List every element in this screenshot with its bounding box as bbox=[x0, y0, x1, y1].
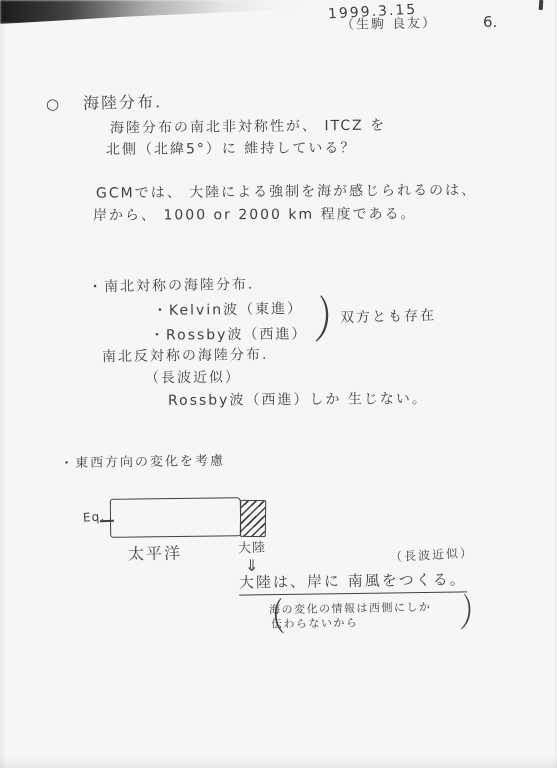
antisymmetric-distribution-title: 南北反対称の海陸分布. bbox=[102, 347, 269, 366]
ocean-label: 太平洋 bbox=[128, 544, 182, 564]
both-exist-note: 双方とも存在 bbox=[340, 308, 436, 327]
page-edge-shadow-left bbox=[0, 0, 7, 768]
page-edge-shadow-right bbox=[552, 0, 557, 768]
page-number: 6. bbox=[483, 13, 497, 31]
note-line-itcz-2: 北側（北緯5°）に 維持している？ bbox=[106, 140, 356, 159]
continent-label: 大陸 bbox=[238, 541, 267, 558]
double-down-arrow-icon: ⇓ bbox=[245, 556, 258, 575]
rossby-wave-item: ・Rossby波（西進） bbox=[150, 326, 308, 344]
east-west-variation-line: ・東西方向の変化を考慮 bbox=[60, 454, 225, 472]
longwave-approx-note-2: （長波近似） bbox=[390, 546, 475, 565]
reason-close-paren: ） bbox=[459, 591, 489, 639]
page-edge-shadow-bottom bbox=[0, 757, 557, 768]
reason-note-line-1: 海の変化の情報は西側にしか bbox=[269, 601, 432, 617]
section-title-land-sea: 海陸分布. bbox=[83, 92, 162, 113]
rossby-only-line: Rossby波（西進）しか 生じない。 bbox=[168, 391, 428, 410]
longwave-approx-note-1: （長波近似） bbox=[145, 370, 241, 388]
scanned-note-page: 1999.3.15 （生駒 良友） 6. ○ 海陸分布. 海陸分布の南北非対称性… bbox=[0, 0, 557, 768]
equator-label: Eq. bbox=[83, 509, 106, 525]
scan-artifact-band bbox=[0, 0, 310, 24]
heading-bullet-circle: ○ bbox=[46, 95, 59, 113]
author-name: （生駒 良友） bbox=[341, 16, 437, 33]
reason-note-line-2: 伝わらないから bbox=[271, 616, 359, 631]
note-line-gcm-1: GCMでは、 大陸による強制を海が感じられるのは、 bbox=[96, 182, 477, 202]
kelvin-wave-item: ・Kelvin波（東進） bbox=[153, 301, 303, 320]
ocean-box bbox=[110, 497, 241, 538]
conclusion-line: 大陸は、岸に 南風をつくる。 bbox=[239, 570, 467, 595]
corner-mark bbox=[539, 0, 544, 10]
note-line-gcm-2: 岸から、 1000 or 2000 km 程度である。 bbox=[93, 206, 417, 224]
symmetric-distribution-title: ・南北対称の海陸分布. bbox=[88, 277, 255, 297]
continent-hatched-box bbox=[240, 500, 267, 537]
note-line-itcz-1: 海陸分布の南北非対称性が、 ITCZ を bbox=[110, 118, 386, 138]
